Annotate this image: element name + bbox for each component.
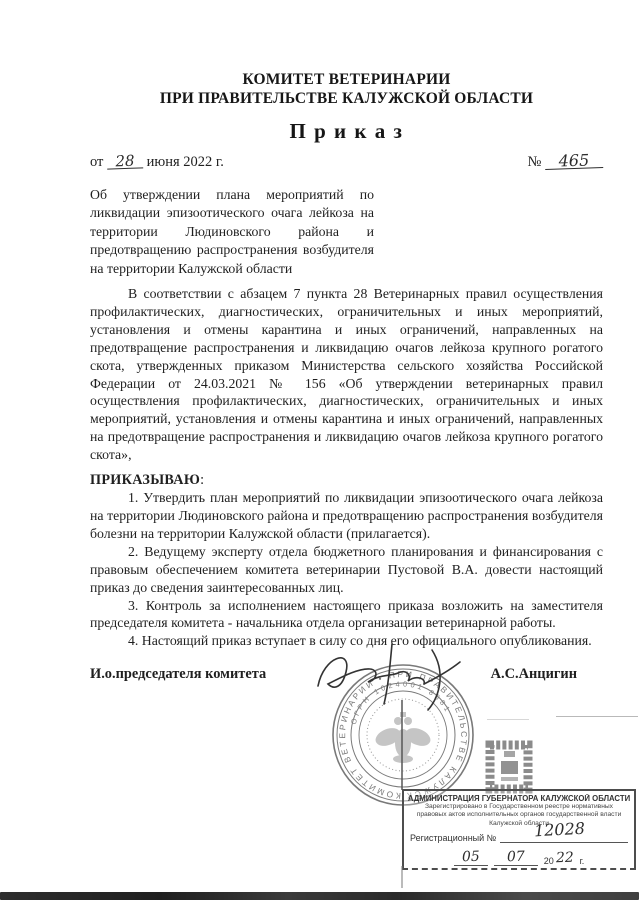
handwritten-signature (300, 638, 485, 723)
subject-block: Об утверждении плана мероприятий по ликв… (90, 186, 374, 278)
date-prefix: от (90, 154, 103, 170)
order-item-1: 1. Утвердить план мероприятий по ликвида… (90, 489, 603, 543)
registration-month-slot: 07 (494, 849, 538, 866)
signer-title: И.о.председателя комитета (90, 666, 266, 683)
scan-fold-line-lower (401, 866, 403, 888)
registration-date-suffix: г. (580, 856, 585, 866)
date-number-row: от 28 июня 2022 г. № 465 (90, 154, 603, 171)
registration-stamp: АДМИНИСТРАЦИЯ ГУБЕРНАТОРА КАЛУЖСКОЙ ОБЛА… (402, 789, 636, 870)
registration-stamp-line2: правовых актов исполнительных органов го… (406, 811, 631, 819)
date-line: от 28 июня 2022 г. (90, 154, 224, 171)
registration-month: 07 (507, 849, 525, 866)
order-word: ПРИКАЗЫВАЮ (90, 472, 200, 488)
date-handwritten: 28 (115, 152, 135, 171)
document-title: П р и к а з (90, 119, 603, 144)
registration-year: 22 (555, 850, 573, 867)
registration-number-row: Регистрационный № 12028 (410, 832, 628, 843)
order-colon: : (200, 472, 204, 488)
body-paragraph: В соответствии с абзацем 7 пункта 28 Вет… (90, 285, 603, 464)
signer-name: А.С.Анцигин (491, 666, 577, 683)
registration-day-slot: 05 (454, 849, 488, 866)
scan-bottom-edge (0, 892, 639, 900)
registration-number-label: Регистрационный № (410, 833, 496, 843)
org-name-line1: КОМИТЕТ ВЕТЕРИНАРИИ (90, 70, 603, 89)
order-items: 1. Утвердить план мероприятий по ликвида… (90, 489, 603, 650)
registration-stamp-line1: Зарегистрировано в Государственном реест… (406, 803, 631, 811)
scan-artifact-line-2 (487, 719, 529, 720)
number-handwritten: 465 (558, 150, 589, 170)
document-content: КОМИТЕТ ВЕТЕРИНАРИИ ПРИ ПРАВИТЕЛЬСТВЕ КА… (90, 70, 603, 683)
order-item-3: 3. Контроль за исполнением настоящего пр… (90, 597, 603, 633)
number-handwritten-slot: 465 (545, 154, 603, 170)
registration-year-prefix: 20 (544, 856, 554, 866)
registration-stamp-header: АДМИНИСТРАЦИЯ ГУБЕРНАТОРА КАЛУЖСКОЙ ОБЛА… (407, 794, 630, 803)
scan-fold-line-upper (401, 700, 403, 790)
scan-artifact-line-1 (556, 716, 638, 717)
org-name-line2: ПРИ ПРАВИТЕЛЬСТВЕ КАЛУЖСКОЙ ОБЛАСТИ (90, 89, 603, 108)
registration-stamp-line3: Калужской области (406, 820, 631, 828)
registration-day: 05 (462, 849, 480, 866)
registration-number-handwritten: 12028 (534, 819, 586, 841)
org-name: КОМИТЕТ ВЕТЕРИНАРИИ ПРИ ПРАВИТЕЛЬСТВЕ КА… (90, 70, 603, 108)
order-word-line: ПРИКАЗЫВАЮ: (90, 472, 603, 489)
registration-number-line: 12028 (500, 832, 628, 843)
number-label: № (528, 154, 542, 170)
registration-date-row: 05 07 2022 г. (404, 849, 634, 866)
order-item-2: 2. Ведущему эксперту отдела бюджетного п… (90, 543, 603, 597)
date-handwritten-slot: 28 (107, 154, 143, 169)
date-suffix: июня 2022 г. (147, 154, 224, 170)
number-line: № 465 (528, 154, 603, 171)
scanned-order-page: КОМИТЕТ ВЕТЕРИНАРИИ ПРИ ПРАВИТЕЛЬСТВЕ КА… (0, 0, 639, 905)
